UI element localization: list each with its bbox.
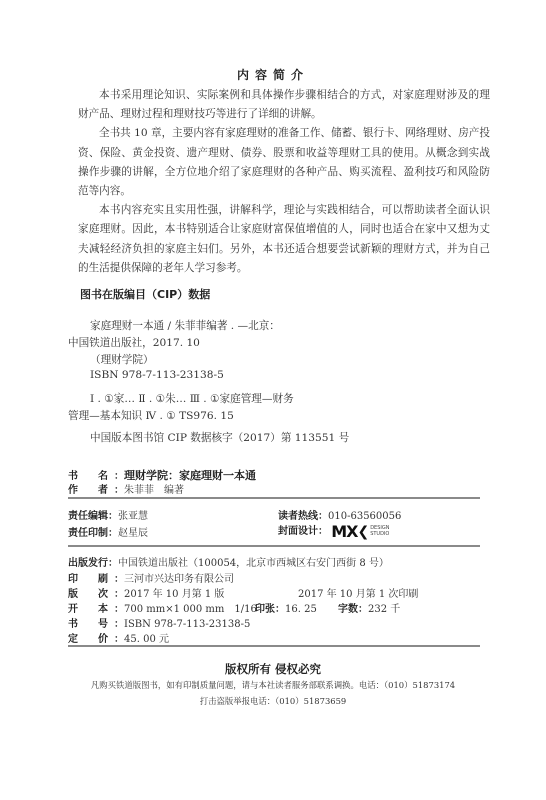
editor-label: 责任编辑 (68, 511, 108, 522)
hotline-label: 读者热线 (278, 511, 318, 522)
cover-design-row: 封面设计： MX❮ DESIGNSTUDIO (278, 522, 389, 541)
author-value: 朱菲菲 编著 (124, 485, 184, 496)
publisher-row: 出版发行：中国铁道出版社（100054，北京市西城区右安门西街 8 号） (68, 554, 389, 569)
hotline-row: 读者热线：010-63560056 (278, 507, 401, 522)
price-label: 定 价 (68, 630, 114, 645)
format-row: 开 本：700 mm×1 000 mm 1/16 (68, 600, 257, 615)
format-value: 700 mm×1 000 mm 1/16 (124, 604, 257, 615)
printer-row: 印 刷：三河市兴达印务有限公司 (68, 570, 234, 585)
author-row: 作 者：朱菲菲 编著 (68, 481, 184, 496)
cip-line: 中国铁道出版社，2017. 10 (68, 335, 200, 350)
format-label: 开 本 (68, 600, 114, 615)
piracy-hotline: 打击盗版举报电话：（010）51873659 (0, 695, 546, 707)
isbn-row: 书 号：ISBN 978-7-113-23138-5 (68, 615, 250, 630)
divider (68, 545, 480, 547)
isbn-value: ISBN 978-7-113-23138-5 (124, 619, 250, 630)
book-name-label: 书 名 (68, 467, 114, 482)
logo-subtext: DESIGNSTUDIO (370, 526, 389, 537)
cip-line: Ⅰ . ①家… Ⅱ . ①朱… Ⅲ . ①家庭管理—财务 (90, 391, 294, 406)
hotline-value: 010-63560056 (328, 511, 401, 522)
author-label: 作 者 (68, 481, 114, 496)
summary-title: 内容简介 (0, 66, 546, 83)
edition-label: 版 次 (68, 585, 114, 600)
logo-chevron-icon: ❮ (357, 524, 368, 540)
editor-row: 责任编辑：张亚慧 (68, 507, 148, 522)
cip-line: 管理—基本知识 Ⅳ . ① TS976. 15 (68, 408, 234, 423)
cip-line: ISBN 978-7-113-23138-5 (90, 369, 224, 381)
quality-notice: 凡购买铁道版图书，如有印制质量问题，请与本社读者服务部联系调换。电话：（010）… (0, 679, 546, 691)
words-value: 232 千 (368, 604, 400, 615)
print-manager-value: 赵星辰 (118, 528, 148, 539)
cip-line: 家庭理财一本通 / 朱菲菲编著 . —北京： (90, 318, 280, 333)
print-manager-label: 责任印制 (68, 528, 108, 539)
price-row: 定 价：45. 00 元 (68, 630, 169, 645)
sheets-value: 16. 25 (285, 604, 317, 615)
sheets-row: 印张：16. 25 (255, 600, 317, 615)
cip-line: （理财学院） (90, 352, 154, 367)
summary-paragraph: 本书采用理论知识、实际案例和具体操作步骤相结合的方式，对家庭理财涉及的理财产品、… (78, 86, 490, 124)
edition-value: 2017 年 10 月第 1 版 (124, 589, 224, 600)
divider (68, 645, 480, 647)
print-manager-row: 责任印制：赵星辰 (68, 524, 148, 539)
words-row: 字数：232 千 (338, 600, 400, 615)
cip-number: 中国版本图书馆 CIP 数据核字（2017）第 113551 号 (90, 430, 349, 445)
price-value: 45. 00 元 (124, 634, 169, 645)
words-label: 字数 (338, 604, 358, 615)
sheets-label: 印张 (255, 604, 275, 615)
summary-paragraph: 本书内容充实且实用性强，讲解科学，理论与实践相结合，可以帮助读者全面认识家庭理财… (78, 201, 490, 278)
edition-row: 版 次：2017 年 10 月第 1 版 (68, 585, 224, 600)
cip-heading: 图书在版编目（CIP）数据 (80, 286, 210, 302)
publisher-value: 中国铁道出版社（100054，北京市西城区右安门西街 8 号） (118, 558, 389, 569)
printing-value: 2017 年 10 月第 1 次印刷 (298, 585, 418, 600)
editor-value: 张亚慧 (118, 511, 148, 522)
publisher-label: 出版发行 (68, 558, 108, 569)
cover-design-label: 封面设计 (278, 526, 318, 537)
isbn-label: 书 号 (68, 615, 114, 630)
copyright-heading: 版权所有 侵权必究 (0, 661, 546, 677)
printer-label: 印 刷 (68, 570, 114, 585)
printer-value: 三河市兴达印务有限公司 (124, 574, 234, 585)
summary-body: 本书采用理论知识、实际案例和具体操作步骤相结合的方式，对家庭理财涉及的理财产品、… (78, 86, 490, 278)
divider (68, 497, 480, 499)
logo-mark: MX (331, 522, 357, 541)
mx-design-studio-logo: MX❮ DESIGNSTUDIO (331, 522, 389, 541)
summary-paragraph: 全书共 10 章，主要内容有家庭理财的准备工作、储蓄、银行卡、网络理财、房产投资… (78, 124, 490, 201)
